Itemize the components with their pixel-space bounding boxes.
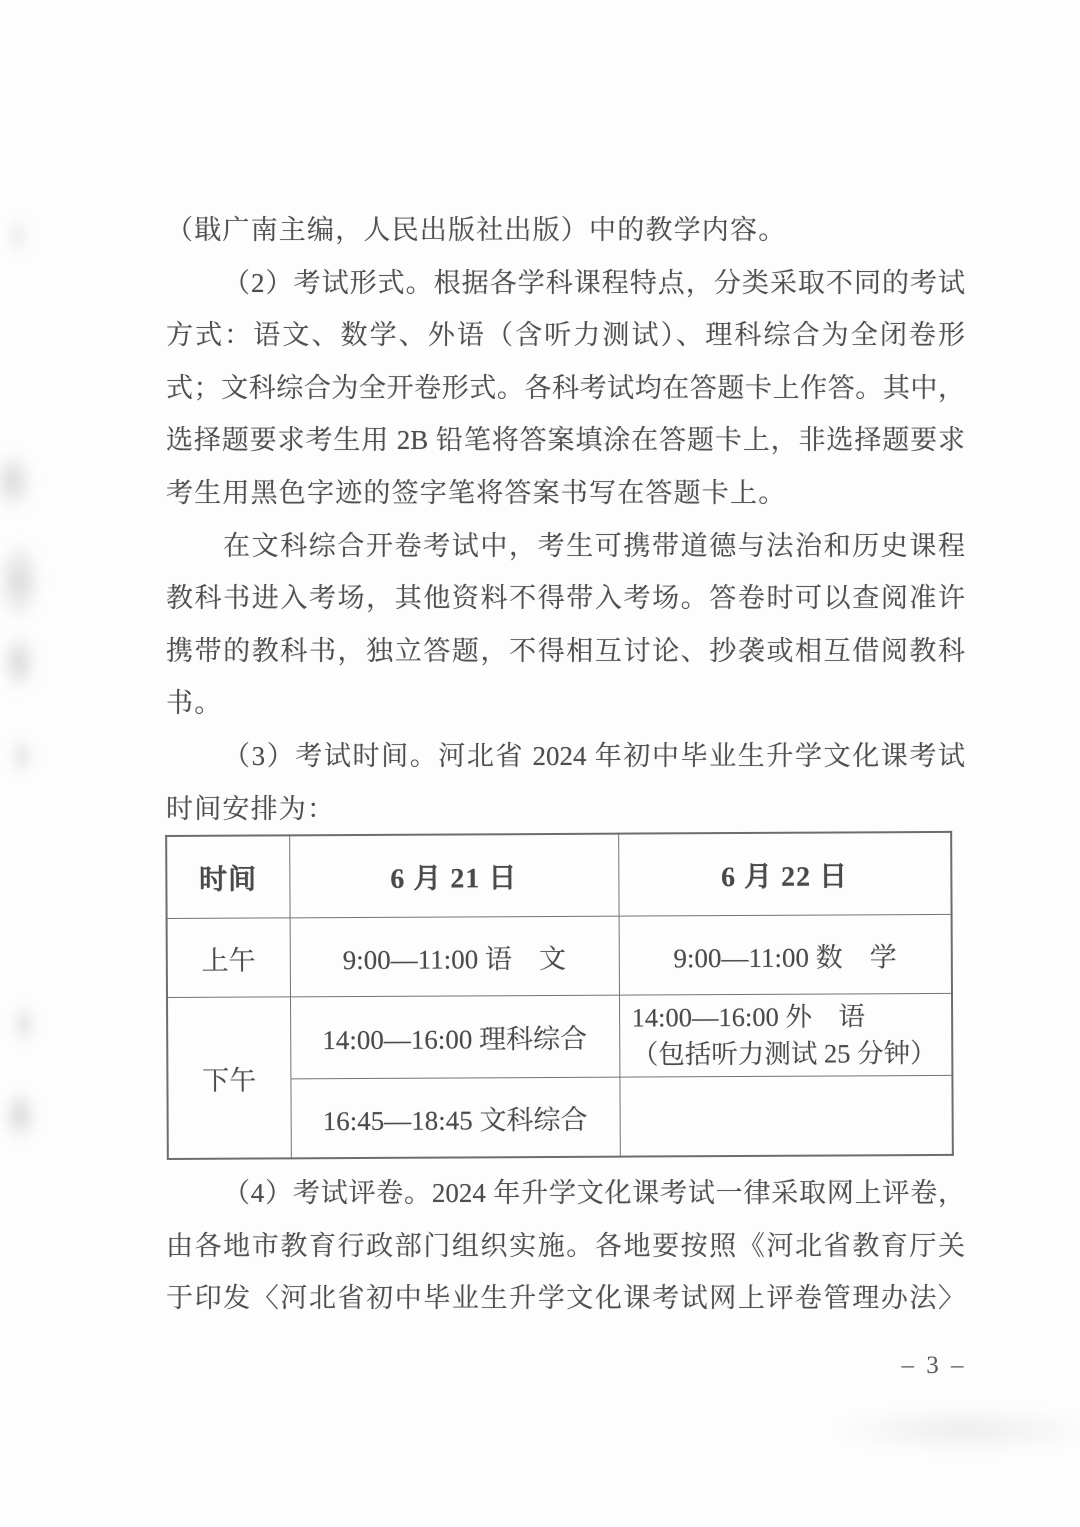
text-line: 时间安排为： xyxy=(166,783,965,836)
cell-foreign-language-exam: 14:00—16:00 外 语 （包括听力测试 25 分钟） xyxy=(619,993,952,1077)
scan-smudge xyxy=(10,1000,38,1048)
text-line: 教科书进入考场，其他资料不得带入考场。答卷时可以查阅准许 xyxy=(166,572,965,625)
document-page: （戢广南主编，人民出版社出版）中的教学内容。 （2）考试形式。根据各学科课程特点… xyxy=(0,0,1080,1527)
text-line: 选择题要求考生用 2B 铅笔将答案填涂在答题卡上，非选择题要求 xyxy=(166,414,965,467)
text-line: 书。 xyxy=(166,677,965,730)
paragraph-block-before-table: （戢广南主编，人民出版社出版）中的教学内容。 （2）考试形式。根据各学科课程特点… xyxy=(166,204,965,835)
text-line: （4）考试评卷。2024 年升学文化课考试一律采取网上评卷， xyxy=(166,1167,965,1220)
row-label-morning: 上午 xyxy=(167,918,290,998)
exam-schedule-table: 时间 6 月 21 日 6 月 22 日 上午 9:00—11:00 语 文 9… xyxy=(165,831,954,1160)
paragraph-block-after-table: （4）考试评卷。2024 年升学文化课考试一律采取网上评卷， 由各地市教育行政部… xyxy=(166,1153,965,1325)
cell-chinese-exam: 9:00—11:00 语 文 xyxy=(290,916,619,997)
scan-smudge xyxy=(0,540,42,622)
text-line: 方式：语文、数学、外语（含听力测试）、理科综合为全闭卷形 xyxy=(166,309,965,362)
row-label-afternoon: 下午 xyxy=(167,997,291,1159)
text-line: （3）考试时间。河北省 2024 年初中毕业生升学文化课考试 xyxy=(166,730,965,783)
text-line: 在文科综合开卷考试中，考生可携带道德与法治和历史课程 xyxy=(166,520,965,573)
text-line: （戢广南主编，人民出版社出版）中的教学内容。 xyxy=(166,204,965,257)
table-header-row: 时间 6 月 21 日 6 月 22 日 xyxy=(166,832,951,919)
cell-math-exam: 9:00—11:00 数 学 xyxy=(619,914,952,995)
cell-science-comprehensive-exam: 14:00—16:00 理科综合 xyxy=(290,995,619,1079)
scan-smudge xyxy=(6,215,30,257)
text-line: （2）考试形式。根据各学科课程特点，分类采取不同的考试 xyxy=(166,257,965,310)
text-line: 携带的教科书，独立答题，不得相互讨论、抄袭或相互借阅教科 xyxy=(166,625,965,678)
table-header-time: 时间 xyxy=(166,835,289,918)
scan-smudge xyxy=(0,632,38,692)
scan-smudge xyxy=(828,1406,1080,1454)
table-header-june22: 6 月 22 日 xyxy=(618,832,951,916)
cell-empty xyxy=(619,1075,952,1156)
text-line: 考生用黑色字迹的签字笔将答案书写在答题卡上。 xyxy=(166,467,965,520)
table-row-afternoon-1: 下午 14:00—16:00 理科综合 14:00—16:00 外 语 （包括听… xyxy=(167,993,952,1079)
scan-smudge xyxy=(8,735,36,777)
page-number: – 3 – xyxy=(878,1352,990,1380)
scan-smudge xyxy=(2,1088,38,1142)
text-line: 由各地市教育行政部门组织实施。各地要按照《河北省教育厅关 xyxy=(166,1220,965,1273)
table-row-morning: 上午 9:00—11:00 语 文 9:00—11:00 数 学 xyxy=(167,914,952,997)
text-line: 式；文科综合为全开卷形式。各科考试均在答题卡上作答。其中， xyxy=(166,362,965,415)
cell-liberal-arts-comprehensive-exam: 16:45—18:45 文科综合 xyxy=(290,1077,619,1158)
scan-smudge xyxy=(0,450,34,512)
text-line: 于印发〈河北省初中毕业生升学文化课考试网上评卷管理办法〉 xyxy=(166,1272,965,1325)
table-header-june21: 6 月 21 日 xyxy=(289,834,618,918)
